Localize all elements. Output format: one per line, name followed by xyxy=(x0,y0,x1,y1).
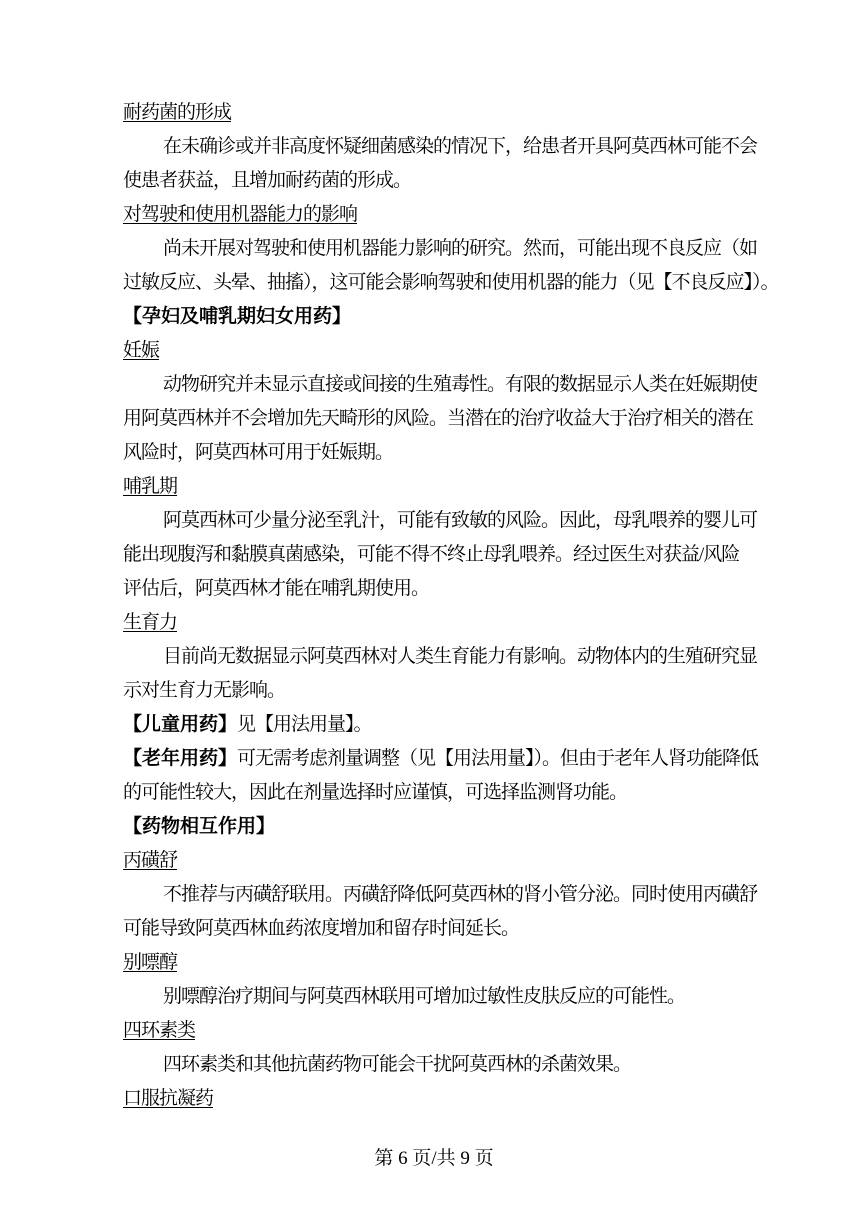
entry-line: 【老年用药】可无需考虑剂量调整（见【用法用量】）。但由于老年人肾功能降低 xyxy=(123,742,783,776)
subheading: 妊娠 xyxy=(123,334,783,368)
paragraph-line: 风险时，阿莫西林可用于妊娠期。 xyxy=(123,436,783,470)
entry-line: 【儿童用药】见【用法用量】。 xyxy=(123,708,783,742)
subheading: 丙磺舒 xyxy=(123,844,783,878)
paragraph-line: 别嘌醇治疗期间与阿莫西林联用可增加过敏性皮肤反应的可能性。 xyxy=(123,980,783,1014)
paragraph-text: 四环素类和其他抗菌药物可能会干扰阿莫西林的杀菌效果。 xyxy=(163,1054,631,1075)
paragraph-line: 使患者获益，且增加耐药菌的形成。 xyxy=(123,164,783,198)
subheading-text: 口服抗凝药 xyxy=(123,1088,213,1109)
paragraph-line: 不推荐与丙磺舒联用。丙磺舒降低阿莫西林的肾小管分泌。同时使用丙磺舒 xyxy=(123,878,783,912)
paragraph-text: 能出现腹泻和黏膜真菌感染，可能不得不终止母乳喂养。经过医生对获益/风险 xyxy=(123,544,739,565)
paragraph-text: 用阿莫西林并不会增加先天畸形的风险。当潜在的治疗收益大于治疗相关的潜在 xyxy=(123,408,753,429)
subheading: 生育力 xyxy=(123,606,783,640)
subheading-text: 对驾驶和使用机器能力的影响 xyxy=(123,204,357,225)
entry-text: 可无需考虑剂量调整（见【用法用量】）。但由于老年人肾功能降低 xyxy=(237,748,758,769)
paragraph-line: 可能导致阿莫西林血药浓度增加和留存时间延长。 xyxy=(123,912,783,946)
section-heading-text: 【孕妇及哺乳期妇女用药】 xyxy=(123,306,351,327)
subheading-text: 别嘌醇 xyxy=(123,952,177,973)
subheading: 耐药菌的形成 xyxy=(123,96,783,130)
paragraph-line: 动物研究并未显示直接或间接的生殖毒性。有限的数据显示人类在妊娠期使 xyxy=(123,368,783,402)
paragraph-line: 能出现腹泻和黏膜真菌感染，可能不得不终止母乳喂养。经过医生对获益/风险 xyxy=(123,538,783,572)
paragraph-text: 别嘌醇治疗期间与阿莫西林联用可增加过敏性皮肤反应的可能性。 xyxy=(163,986,685,1007)
paragraph-line: 阿莫西林可少量分泌至乳汁，可能有致敏的风险。因此，母乳喂养的婴儿可 xyxy=(123,504,783,538)
entry-lead: 【儿童用药】 xyxy=(123,714,237,735)
subheading-text: 生育力 xyxy=(123,612,177,633)
paragraph-text: 在未确诊或并非高度怀疑细菌感染的情况下，给患者开具阿莫西林可能不会 xyxy=(163,136,757,157)
page-number: 第 6 页/共 9 页 xyxy=(374,1148,493,1169)
paragraph-text: 使患者获益，且增加耐药菌的形成。 xyxy=(123,170,411,191)
subheading-text: 丙磺舒 xyxy=(123,850,177,871)
subheading: 别嘌醇 xyxy=(123,946,783,980)
subheading: 哺乳期 xyxy=(123,470,783,504)
paragraph-line: 示对生育力无影响。 xyxy=(123,674,783,708)
paragraph-line: 尚未开展对驾驶和使用机器能力影响的研究。然而，可能出现不良反应（如 xyxy=(123,232,783,266)
paragraph-text: 过敏反应、头晕、抽搐），这可能会影响驾驶和使用机器的能力（见【不良反应】）。 xyxy=(123,272,779,293)
paragraph-line: 评估后，阿莫西林才能在哺乳期使用。 xyxy=(123,572,783,606)
paragraph-text: 不推荐与丙磺舒联用。丙磺舒降低阿莫西林的肾小管分泌。同时使用丙磺舒 xyxy=(163,884,757,905)
paragraph-text: 尚未开展对驾驶和使用机器能力影响的研究。然而，可能出现不良反应（如 xyxy=(163,238,757,259)
section-heading: 【药物相互作用】 xyxy=(123,810,783,844)
subheading-text: 耐药菌的形成 xyxy=(123,102,231,123)
paragraph-text: 阿莫西林可少量分泌至乳汁，可能有致敏的风险。因此，母乳喂养的婴儿可 xyxy=(163,510,757,531)
paragraph-line: 目前尚无数据显示阿莫西林对人类生育能力有影响。动物体内的生殖研究显 xyxy=(123,640,783,674)
document-page: 耐药菌的形成在未确诊或并非高度怀疑细菌感染的情况下，给患者开具阿莫西林可能不会使… xyxy=(0,0,868,1227)
paragraph-line: 用阿莫西林并不会增加先天畸形的风险。当潜在的治疗收益大于治疗相关的潜在 xyxy=(123,402,783,436)
paragraph-text: 目前尚无数据显示阿莫西林对人类生育能力有影响。动物体内的生殖研究显 xyxy=(163,646,757,667)
paragraph-line: 过敏反应、头晕、抽搐），这可能会影响驾驶和使用机器的能力（见【不良反应】）。 xyxy=(123,266,783,300)
page-footer: 第 6 页/共 9 页 xyxy=(0,1142,868,1176)
entry-text: 的可能性较大，因此在剂量选择时应谨慎，可选择监测肾功能。 xyxy=(123,782,627,803)
section-heading-text: 【药物相互作用】 xyxy=(123,816,275,837)
subheading: 口服抗凝药 xyxy=(123,1082,783,1116)
paragraph-text: 风险时，阿莫西林可用于妊娠期。 xyxy=(123,442,393,463)
subheading-text: 哺乳期 xyxy=(123,476,177,497)
section-heading: 【孕妇及哺乳期妇女用药】 xyxy=(123,300,783,334)
paragraph-text: 示对生育力无影响。 xyxy=(123,680,285,701)
subheading-text: 妊娠 xyxy=(123,340,159,361)
paragraph-text: 评估后，阿莫西林才能在哺乳期使用。 xyxy=(123,578,429,599)
paragraph-line: 四环素类和其他抗菌药物可能会干扰阿莫西林的杀菌效果。 xyxy=(123,1048,783,1082)
document-body: 耐药菌的形成在未确诊或并非高度怀疑细菌感染的情况下，给患者开具阿莫西林可能不会使… xyxy=(123,96,783,1116)
subheading-text: 四环素类 xyxy=(123,1020,195,1041)
paragraph-text: 动物研究并未显示直接或间接的生殖毒性。有限的数据显示人类在妊娠期使 xyxy=(163,374,757,395)
subheading: 四环素类 xyxy=(123,1014,783,1048)
entry-lead: 【老年用药】 xyxy=(123,748,237,769)
subheading: 对驾驶和使用机器能力的影响 xyxy=(123,198,783,232)
paragraph-text: 可能导致阿莫西林血药浓度增加和留存时间延长。 xyxy=(123,918,519,939)
entry-line: 的可能性较大，因此在剂量选择时应谨慎，可选择监测肾功能。 xyxy=(123,776,783,810)
paragraph-line: 在未确诊或并非高度怀疑细菌感染的情况下，给患者开具阿莫西林可能不会 xyxy=(123,130,783,164)
entry-text: 见【用法用量】。 xyxy=(237,714,372,735)
